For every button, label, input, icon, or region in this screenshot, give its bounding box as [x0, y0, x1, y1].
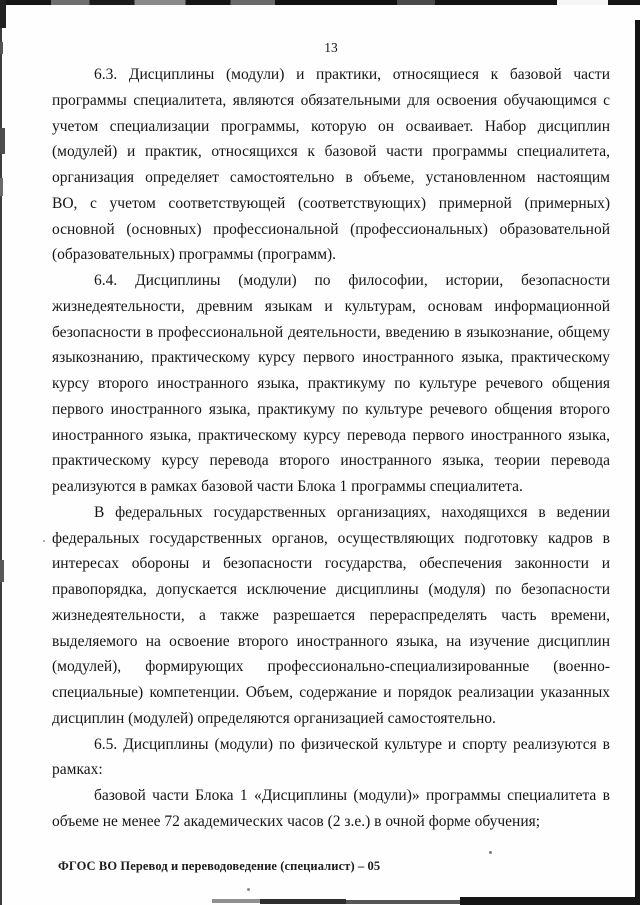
scan-artifact-bottom-bar: [346, 900, 460, 904]
page-number: 13: [52, 40, 610, 56]
scan-artifact-top-bar: [0, 0, 640, 5]
scan-speck: [247, 888, 250, 891]
scan-speck: [489, 851, 492, 854]
text-line: учетом специализации программы, которую …: [52, 114, 610, 140]
text-line: курсу второго иностранного языка, практи…: [52, 371, 610, 397]
text-line: рамках:: [52, 757, 610, 783]
text-line: базовой части Блока 1 «Дисциплины (модул…: [52, 783, 610, 809]
text-line: (модулей) и практик, относящихся к базов…: [52, 139, 610, 165]
text-line: иностранного языка, практическому курсу …: [52, 423, 610, 449]
text-line: правопорядка, допускается исключение дис…: [52, 577, 610, 603]
text-line: выделяемого на освоение второго иностран…: [52, 629, 610, 655]
text-line: жизнедеятельности, древним языкам и куль…: [52, 294, 610, 320]
text-line: специальные) компетенции. Объем, содержа…: [52, 680, 610, 706]
text-line: (образовательных) программы (программ).: [52, 242, 610, 268]
text-line: безопасности в профессиональной деятельн…: [52, 320, 610, 346]
document-body: 6.3. Дисциплины (модули) и практики, отн…: [52, 62, 610, 835]
scan-artifact-left-line: [0, 0, 2, 905]
text-line: языкознанию, практическому курсу первого…: [52, 345, 610, 371]
scan-artifact-right-strip: [635, 20, 640, 905]
scan-artifact-left-mark: [0, 42, 3, 54]
text-line: основной (основных) профессиональной (пр…: [52, 217, 610, 243]
text-line: реализуются в рамках базовой части Блока…: [52, 474, 610, 500]
text-line: 6.3. Дисциплины (модули) и практики, отн…: [52, 62, 610, 88]
document-page: 13 6.3. Дисциплины (модули) и практики, …: [0, 0, 640, 905]
scan-artifact-bottom-bar: [260, 899, 346, 904]
text-line: федеральных государственных органов, осу…: [52, 526, 610, 552]
text-line: ВО, с учетом соответствующей (соответств…: [52, 191, 610, 217]
text-line: объеме не менее 72 академических часов (…: [52, 809, 610, 835]
text-line: дисциплин (модулей) определяются организ…: [52, 706, 610, 732]
scan-artifact-left-mark: [0, 128, 5, 154]
page-footer: ФГОС ВО Перевод и переводоведение (специ…: [58, 859, 380, 874]
scan-artifact-left-mark: [0, 178, 3, 196]
scan-artifact-left-mark: [0, 0, 6, 28]
scan-artifact-bottom-bar: [212, 899, 260, 903]
scan-speck: [43, 540, 45, 542]
text-line: интересах обороны и безопасности государ…: [52, 551, 610, 577]
text-line: 6.5. Дисциплины (модули) по физической к…: [52, 732, 610, 758]
text-line: практическому курсу перевода второго ино…: [52, 448, 610, 474]
text-line: (модулей), формирующих профессионально-с…: [52, 654, 610, 680]
text-line: жизнедеятельности, а также разрешается п…: [52, 603, 610, 629]
text-line: 6.4. Дисциплины (модули) по философии, и…: [52, 268, 610, 294]
text-line: первого иностранного языка, практикуму п…: [52, 397, 610, 423]
text-line: В федеральных государственных организаци…: [52, 500, 610, 526]
scan-artifact-left-mark: [0, 560, 4, 582]
text-line: программы специалитета, являются обязате…: [52, 88, 610, 114]
text-line: организация определяет самостоятельно в …: [52, 165, 610, 191]
scan-artifact-bottom-bar: [460, 897, 640, 905]
